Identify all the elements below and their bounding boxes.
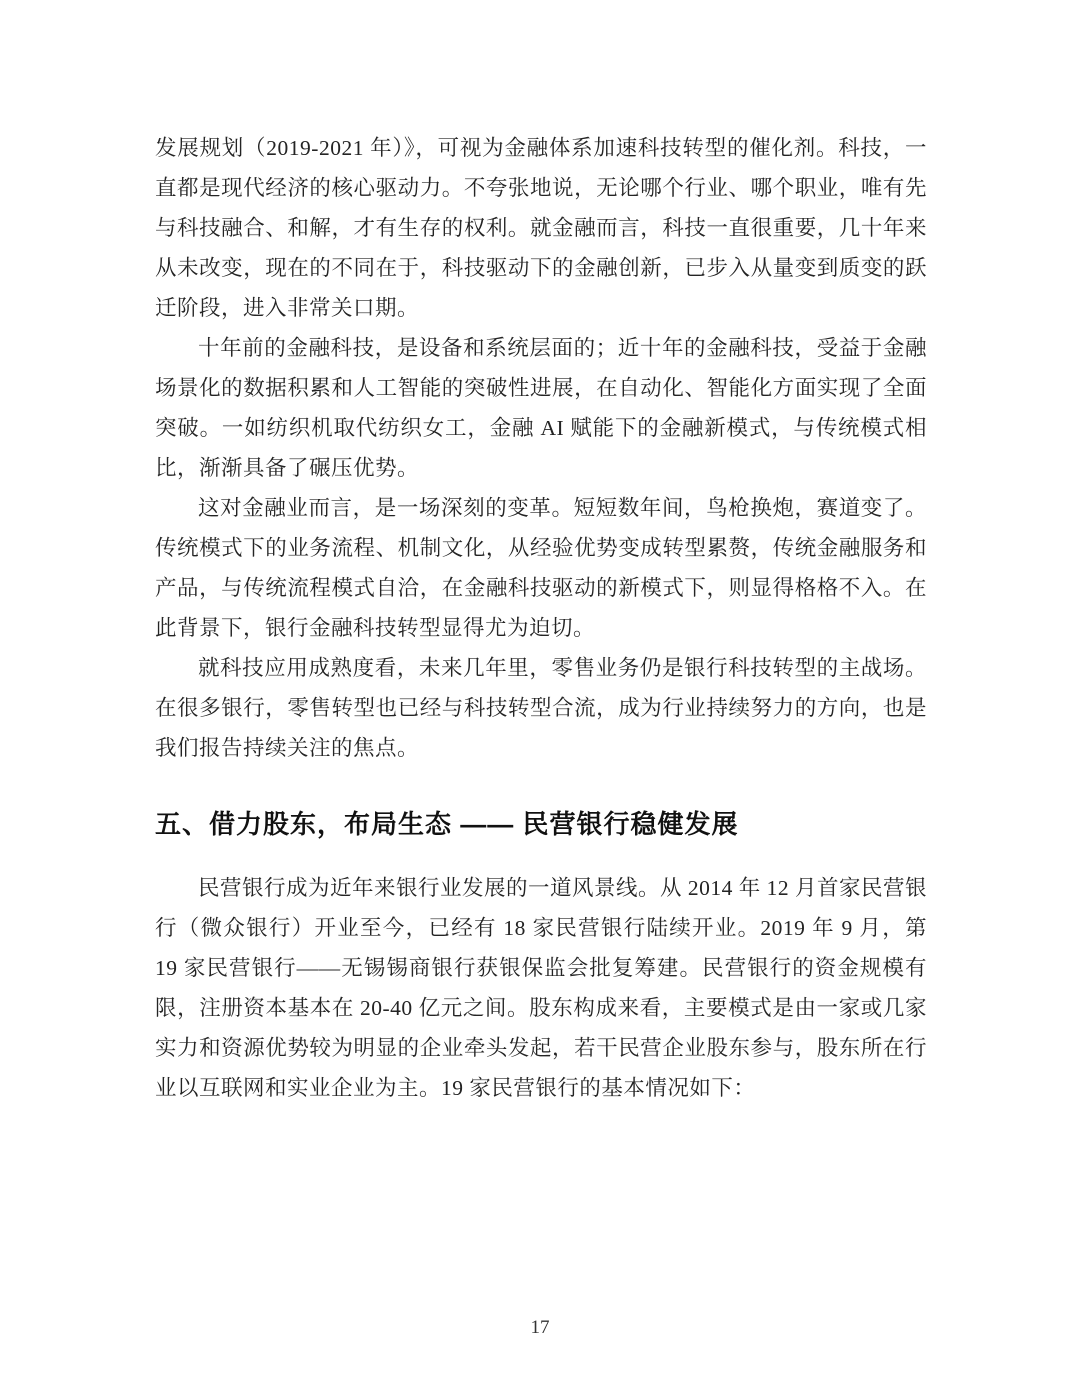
document-page: 发展规划（2019-2021 年）》，可视为金融体系加速科技转型的催化剂。科技，…	[0, 0, 1080, 1397]
body-paragraph-3: 这对金融业而言，是一场深刻的变革。短短数年间，鸟枪换炮，赛道变了。传统模式下的业…	[155, 488, 927, 648]
page-footer: 17	[0, 1317, 1080, 1339]
body-paragraph-5: 民营银行成为近年来银行业发展的一道风景线。从 2014 年 12 月首家民营银行…	[155, 868, 927, 1108]
page-content: 发展规划（2019-2021 年）》，可视为金融体系加速科技转型的催化剂。科技，…	[155, 128, 927, 1108]
section-heading: 五、借力股东，布局生态 —— 民营银行稳健发展	[155, 806, 927, 842]
body-paragraph-4: 就科技应用成熟度看，未来几年里，零售业务仍是银行科技转型的主战场。在很多银行，零…	[155, 648, 927, 768]
body-paragraph-1: 发展规划（2019-2021 年）》，可视为金融体系加速科技转型的催化剂。科技，…	[155, 128, 927, 328]
body-paragraph-2: 十年前的金融科技，是设备和系统层面的；近十年的金融科技，受益于金融场景化的数据积…	[155, 328, 927, 488]
page-number: 17	[531, 1317, 550, 1338]
